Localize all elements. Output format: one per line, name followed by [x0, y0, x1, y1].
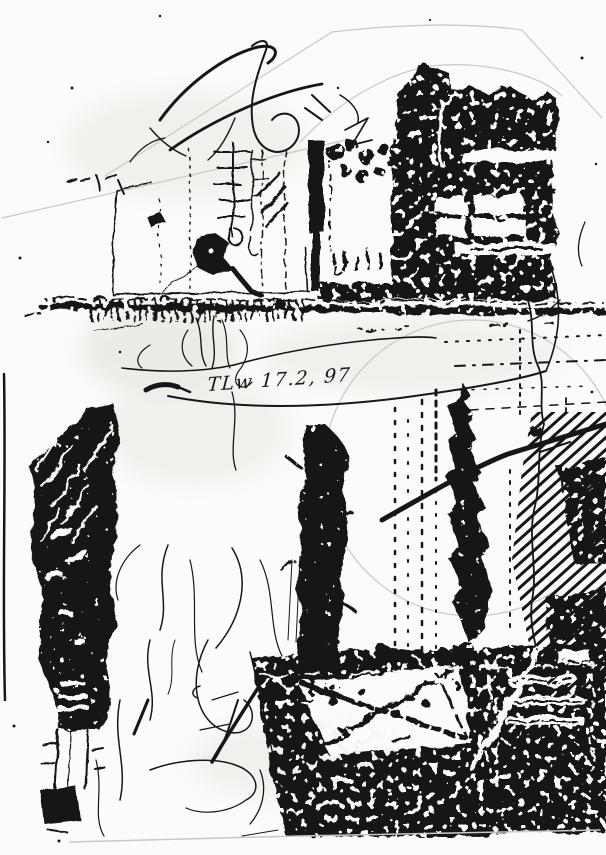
scanned-collage-page: TLw 17.2, 97 — [0, 0, 606, 855]
scan-edge-line — [4, 374, 5, 700]
bottom-right-print-block — [252, 645, 606, 848]
collage-artwork: TLw 17.2, 97 — [0, 0, 606, 855]
